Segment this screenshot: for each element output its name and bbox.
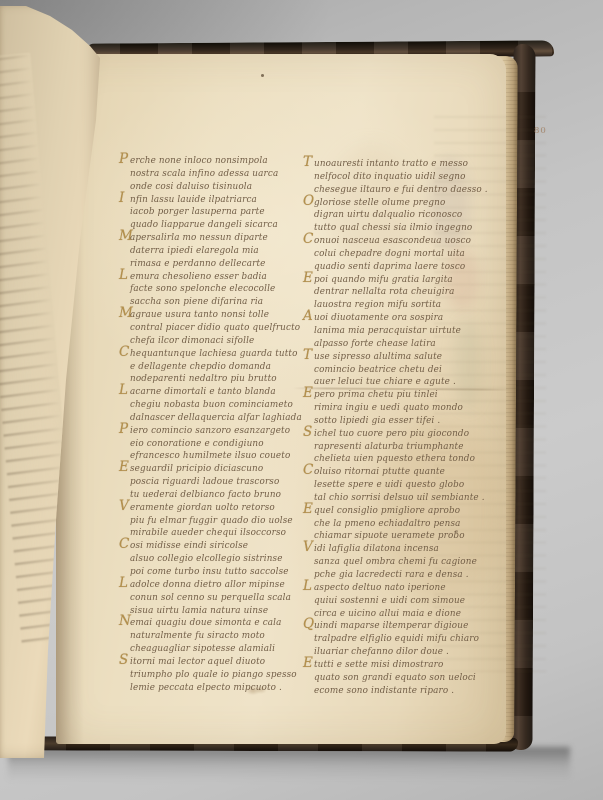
verse-line: chefa ilcor dimonaci sifolle xyxy=(130,335,316,348)
tercet-initial: V xyxy=(119,500,129,514)
verse-line: Tuse sipresso alultima salute xyxy=(314,351,500,364)
verse-line: e dellagente chepdio domanda xyxy=(130,361,316,374)
verse-line: Laspecto deltuo nato iperione xyxy=(314,582,500,595)
verse-line: piu fu elmar fuggir quado dio uolse xyxy=(130,515,316,528)
tercet-initial: N xyxy=(119,615,131,629)
verse-line: eio conoratione e condigiuno xyxy=(130,438,316,451)
verse-line: Perche none inloco nonsimpola xyxy=(130,155,316,168)
verse-line: Veramente giordan uolto retorso xyxy=(130,502,316,515)
verse-line: Conuoi nasceua esascondeua uosco xyxy=(314,235,500,248)
verse-line: Sitorni mai lector aquel diuoto xyxy=(130,656,316,669)
tercet-initial: C xyxy=(303,233,313,247)
verse-line: Epero prima chetu piu tinlei xyxy=(314,389,500,402)
tercet-initial: E xyxy=(119,461,129,475)
verse-line: digran uirtu dalqualio riconosco xyxy=(314,209,500,222)
tercet-initial: S xyxy=(119,654,128,668)
verse-line: lauostra region mifu sortita xyxy=(314,299,500,312)
verse-line: contral piacer didio quato quelfructo xyxy=(130,322,316,335)
verse-line: Coluiso ritornai ptutte quante xyxy=(314,466,500,479)
verse-line: Sichel tuo cuore pero piu giocondo xyxy=(314,428,500,441)
tercet-initial: E xyxy=(303,503,313,517)
verse-line: Eseguardil pricipio diciascuno xyxy=(130,463,316,476)
verse-line: rimira ingiu e uedi quato mondo xyxy=(314,402,500,415)
folio-number: 80 xyxy=(534,126,547,136)
verse-line: tutto qual chessi sia ilmio ingegno xyxy=(314,222,500,235)
tercet-initial: C xyxy=(119,346,129,360)
ink-speck xyxy=(261,74,264,77)
tercet-initial: L xyxy=(119,577,128,591)
verse-line: triumpho plo quale io piango spesso xyxy=(130,669,316,682)
verse-line: quadio senti daprima laere tosco xyxy=(314,261,500,274)
tercet-initial: C xyxy=(303,464,313,478)
verse-line: Magraue usura tanto nonsi tolle xyxy=(130,309,316,322)
verse-line: quato son grandi equato son ueloci xyxy=(314,672,500,685)
verse-line: quiui sostenni e uidi com simoue xyxy=(314,595,500,608)
manuscript-page: 80 Perche none inloco nonsimpolanostra s… xyxy=(56,54,506,744)
verse-line: chesegue iltauro e fui dentro daesso . xyxy=(314,184,500,197)
verse-line: chegiu nobasta buon cominciameto xyxy=(130,399,316,412)
book-shadow xyxy=(8,747,570,781)
verse-line: circa e uicino allui maia e dione xyxy=(314,608,500,621)
tercet-initial: E xyxy=(303,657,313,671)
verse-line: tu uederai delbianco facto bruno xyxy=(130,489,316,502)
tercet-initial: A xyxy=(303,310,313,324)
tercet-initial: E xyxy=(303,387,313,401)
tercet-initial: S xyxy=(303,426,312,440)
verse-line: Infin lassu lauide ilpatriarca xyxy=(130,194,316,207)
verse-line: efrancesco humilmete ilsuo coueto xyxy=(130,450,316,463)
verse-line: chelieta uien pquesto ethera tondo xyxy=(314,453,500,466)
verse-line: pche gia lacredecti rara e densa . xyxy=(314,569,500,582)
verse-line: daterra ipiedi elaregola mia xyxy=(130,245,316,258)
verse-line: Tunoauresti intanto tratto e messo xyxy=(314,158,500,171)
verse-line: Mapersalirla mo nessun diparte xyxy=(130,232,316,245)
verse-line: comincio beatrice chetu dei xyxy=(314,364,500,377)
verse-line: Cosi midisse eindi siricolse xyxy=(130,540,316,553)
verse-line: Nemai quagiu doue simonta e cala xyxy=(130,617,316,630)
verse-line: dentrar nellalta rota cheuigira xyxy=(314,286,500,299)
verse-line: colui chepadre dogni mortal uita xyxy=(314,248,500,261)
verse-line: Epoi quando mifu gratia largita xyxy=(314,274,500,287)
verse-line: nelfocol dito inquatio uidil segno xyxy=(314,171,500,184)
verse-line: alpasso forte chease latira xyxy=(314,338,500,351)
verse-line: Equel consiglio pmigliore aprobo xyxy=(314,505,500,518)
verse-line: chiamar sipuote ueramete probo xyxy=(314,530,500,543)
tercet-initial: O xyxy=(303,195,314,209)
verse-line: Auoi diuotamente ora sospira xyxy=(314,312,500,325)
tercet-initial: T xyxy=(303,156,312,170)
verse-line: sanza quel ombra chemi fu cagione xyxy=(314,556,500,569)
verse-line: conun sol cenno su perquella scala xyxy=(130,592,316,605)
verse-line: sisua uirtu lamia natura uinse xyxy=(130,605,316,618)
manuscript-photo: 80 Perche none inloco nonsimpolanostra s… xyxy=(0,0,603,800)
tercet-initial: V xyxy=(303,541,313,555)
verse-line: Piero comincio sanzoro esanzargeto xyxy=(130,425,316,438)
verse-line: Lemura chesolieno esser badia xyxy=(130,271,316,284)
verse-line: tralpadre elfiglio equidi mifu chiaro xyxy=(314,633,500,646)
verse-line: facte sono spelonche elecocolle xyxy=(130,283,316,296)
tercet-initial: L xyxy=(303,580,312,594)
verse-line: Ladolce donna dietro allor mipinse xyxy=(130,579,316,592)
verse-line: rapresenti alaturba triumphante xyxy=(314,441,500,454)
tercet-initial: P xyxy=(119,423,128,437)
verse-line: quado liapparue dangeli sicarca xyxy=(130,219,316,232)
verse-line: mirabile aueder chequi ilsoccorso xyxy=(130,527,316,540)
verse-line: nodeparenti nedaltro piu brutto xyxy=(130,373,316,386)
verse-line: Quindi maparse iltemperar digioue xyxy=(314,620,500,633)
verse-line: cheaguagliar sipotesse alamiali xyxy=(130,643,316,656)
verse-line: Lacarne dimortali e tanto blanda xyxy=(130,386,316,399)
tercet-initial: T xyxy=(303,349,312,363)
verse-line: alsuo collegio elcollegio sistrinse xyxy=(130,553,316,566)
verse-line: auer leluci tue chiare e agute . xyxy=(314,376,500,389)
verse-line: che la pmeno echiadaltro pensa xyxy=(314,518,500,531)
verse-line: poi come turbo insu tutto saccolse xyxy=(130,566,316,579)
verse-line: naturalmente fu siracto moto xyxy=(130,630,316,643)
verse-line: iacob porger lasuperna parte xyxy=(130,206,316,219)
tercet-initial: L xyxy=(119,384,128,398)
tercet-initial: I xyxy=(119,192,124,206)
tercet-initial: M xyxy=(119,230,133,244)
tercet-initial: C xyxy=(119,538,129,552)
tercet-initial: Q xyxy=(303,618,314,632)
verse-line: iluariar chefanno dilor doue . xyxy=(314,646,500,659)
text-column-left: Perche none inloco nonsimpolanostra scal… xyxy=(130,155,316,694)
verse-line: tal chio sorrisi delsuo uil sembiante . xyxy=(314,492,500,505)
verse-line: lesette spere e uidi questo globo xyxy=(314,479,500,492)
verse-line: poscia riguardi ladoue trascorso xyxy=(130,476,316,489)
tercet-initial: E xyxy=(303,272,313,286)
verse-line: Vidi lafiglia dilatona incensa xyxy=(314,543,500,556)
verse-line: rimasa e perdanno dellecarte xyxy=(130,258,316,271)
tercet-initial: P xyxy=(119,153,128,167)
verse-line: dalnascer dellaquercia alfar laghiada xyxy=(130,412,316,425)
verse-line: sotto lipiedi gia esser tifei . xyxy=(314,415,500,428)
verse-line: Chequantunque lachiesa guarda tutto xyxy=(130,348,316,361)
text-column-right: Tunoauresti intanto tratto e messonelfoc… xyxy=(314,158,500,697)
verse-line: Ogloriose stelle olume pregno xyxy=(314,197,500,210)
verse-line: nostra scala infino adessa uarca xyxy=(130,168,316,181)
verse-line: ecome sono indistante riparo . xyxy=(314,685,500,698)
verse-line: onde cosi daluiso tisinuola xyxy=(130,181,316,194)
verse-line: lemie peccata elpecto mipcuoto . xyxy=(130,682,316,695)
tercet-initial: L xyxy=(119,269,128,283)
verse-line: Etutti e sette misi dimostraro xyxy=(314,659,500,672)
tercet-initial: M xyxy=(119,307,133,321)
verse-line: saccha son piene difarina ria xyxy=(130,296,316,309)
verse-line: lanima mia peracquistar uirtute xyxy=(314,325,500,338)
